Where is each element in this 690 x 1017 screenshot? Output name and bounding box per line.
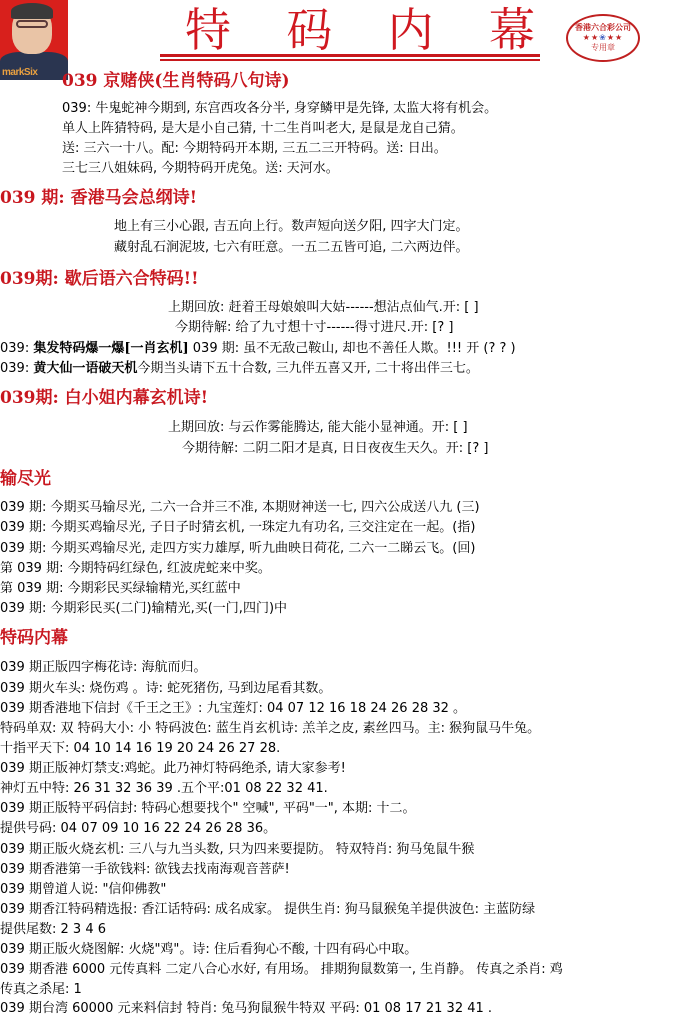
banner-char: 码 bbox=[286, 4, 332, 56]
this-period-riddle: 今期待解: 给了九寸想十寸------得寸进尺.开: [? ] bbox=[175, 318, 453, 337]
list-item: 神灯五中特: 26 31 32 36 39 .五个平:01 08 22 32 4… bbox=[0, 779, 328, 798]
row-bold-label: 集发特码爆一爆[一肖玄机] bbox=[33, 341, 188, 356]
poem-line: 藏射乱石涧泥坡, 七六有旺意。一五二五皆可追, 二六两边伴。 bbox=[114, 238, 469, 257]
stamp-stars: ★★❀★★ bbox=[568, 33, 638, 42]
this-period-riddle: 今期待解: 二阴二阳才是真, 日日夜夜生天久。开: [? ] bbox=[182, 439, 488, 458]
list-item: 039 期香港地下信封《千王之王》: 九宝莲灯: 04 07 12 16 18 … bbox=[0, 699, 466, 718]
list-item: 039 期正版四字梅花诗: 海航而归。 bbox=[0, 658, 206, 677]
row-text: 039 期: 虽不无敌己鞍山, 却也不善任人欺。!!! 开 (? ? ) bbox=[189, 341, 516, 356]
list-item: 提供尾数: 2 3 4 6 bbox=[0, 920, 106, 939]
company-stamp: 香港六合彩公司 ★★❀★★ 专用章 bbox=[566, 14, 640, 62]
row-prefix: 039: bbox=[0, 341, 33, 356]
avatar-photo: markSix bbox=[0, 0, 68, 80]
list-item: 039 期香江特码精选报: 香江话特码: 成名成家。 提供生肖: 狗马鼠猴兔羊提… bbox=[0, 900, 535, 919]
list-item: 039 期正版神灯禁支:鸡蛇。此乃神灯特码绝杀, 请大家参考! bbox=[0, 759, 346, 778]
stamp-bottom-text: 专用章 bbox=[568, 42, 638, 53]
list-item: 039 期香港 6000 元传真料 二定八合心水好, 有用场。 排期狗鼠数第一,… bbox=[0, 960, 563, 979]
list-item: 039 期: 今期买鸡输尽光, 走四方实力雄厚, 听九曲映日荷花, 二六一二睇云… bbox=[0, 539, 475, 558]
star-icon: ★ bbox=[583, 33, 591, 42]
photo-brand-label: markSix bbox=[2, 67, 37, 78]
row-text: 今期当头请下五十合数, 三九伴五喜又开, 二十将出伴三七。 bbox=[137, 361, 479, 376]
list-item: 039 期曾道人说: "信仰佛教" bbox=[0, 880, 166, 899]
list-item: 十指平天下: 04 10 14 16 19 20 24 26 27 28. bbox=[0, 739, 280, 758]
section-title-temaneimu: 特码内幕 bbox=[0, 627, 68, 649]
section-title-jingduxia: 039 京赌侠(生肖特码八句诗) bbox=[62, 70, 290, 92]
last-period-result: 上期回放: 与云作雾能腾达, 能大能小显神通。开: [ ] bbox=[168, 418, 468, 437]
section-title-zonggang: 039 期: 香港马会总纲诗! bbox=[0, 187, 197, 209]
list-item: 第 039 期: 今期彩民买绿输精光,买红蓝中 bbox=[0, 579, 241, 598]
section-title-baixiaojie: 039期: 白小姐内幕玄机诗! bbox=[0, 387, 208, 409]
flower-icon: ❀ bbox=[599, 33, 607, 42]
poem-line: 039: 牛鬼蛇神今期到, 东宫西攻各分半, 身穿鳞甲是先锋, 太监大将有机会。 bbox=[62, 99, 497, 118]
list-item: 提供号码: 04 07 09 10 16 22 24 26 28 36。 bbox=[0, 819, 276, 838]
list-item: 039 期正版火烧图解: 火烧"鸡"。诗: 住后看狗心不酸, 十四有码心中取。 bbox=[0, 940, 417, 959]
star-icon: ★ bbox=[591, 33, 599, 42]
list-item: 039 期台湾 60000 元来料信封 特肖: 兔马狗鼠猴牛特双 平码: 01 … bbox=[0, 999, 492, 1017]
list-item: 第 039 期: 今期特码红绿色, 红波虎蛇来中奖。 bbox=[0, 559, 271, 578]
poem-line: 地上有三小心跟, 吉五向上行。数声短向送夕阳, 四字大门定。 bbox=[114, 217, 469, 236]
photo-hair bbox=[11, 3, 53, 19]
jifa-row: 039: 集发特码爆一爆[一肖玄机] 039 期: 虽不无敌己鞍山, 却也不善任… bbox=[0, 339, 516, 358]
list-item: 039 期正版特平码信封: 特码心想要找个" 空喊", 平码"一", 本期: 十… bbox=[0, 799, 416, 818]
section-title-shujinguang: 输尽光 bbox=[0, 468, 51, 490]
banner-underline bbox=[160, 59, 540, 61]
banner-char: 特 bbox=[185, 4, 231, 56]
list-item: 特码单双: 双 特码大小: 小 特码波色: 蓝生肖玄机诗: 羔羊之皮, 素丝四马… bbox=[0, 719, 540, 738]
list-item: 039 期正版火烧玄机: 三八与九当头数, 只为四来要提防。 特双特肖: 狗马兔… bbox=[0, 840, 474, 859]
huangdaxian-row: 039: 黄大仙一语破天机今期当头请下五十合数, 三九伴五喜又开, 二十将出伴三… bbox=[0, 359, 479, 378]
row-bold-label: 黄大仙一语破天机 bbox=[33, 361, 137, 376]
row-prefix: 039: bbox=[0, 361, 33, 376]
banner-underline bbox=[160, 54, 540, 57]
star-icon: ★ bbox=[615, 33, 623, 42]
list-item: 039 期香港第一手欲钱料: 欲钱去找南海观音菩萨! bbox=[0, 860, 290, 879]
star-icon: ★ bbox=[607, 33, 615, 42]
poem-line: 送: 三六一十八。配: 今期特码开本期, 三五二三开特码。送: 日出。 bbox=[62, 139, 447, 158]
photo-glasses bbox=[16, 20, 48, 28]
list-item: 039 期: 今期彩民买(二门)输精光,买(一门,四门)中 bbox=[0, 599, 287, 618]
list-item: 039 期: 今期买鸡输尽光, 子日子时猜玄机, 一珠定九有功名, 三交注定在一… bbox=[0, 518, 475, 537]
section-title-xiehouyu: 039期: 歇后语六合特码!! bbox=[0, 268, 199, 290]
list-item: 039 期: 今期买马输尽光, 二六一合并三不准, 本期财神送一七, 四六公成送… bbox=[0, 498, 480, 517]
poem-line: 单人上阵猜特码, 是大是小自己猜, 十二生肖叫老大, 是鼠是龙自己猜。 bbox=[62, 119, 464, 138]
list-item: 传真之杀尾: 1 bbox=[0, 980, 82, 999]
last-period-result: 上期回放: 赶着王母娘娘叫大姑------想沾点仙气.开: [ ] bbox=[168, 298, 479, 317]
list-item: 039 期火车头: 烧伤鸡 。诗: 蛇死猪伤, 马到边尾看其数。 bbox=[0, 679, 331, 698]
banner-title: 特 码 内 幕 bbox=[185, 4, 535, 56]
banner-char: 幕 bbox=[489, 4, 535, 56]
banner-char: 内 bbox=[388, 4, 434, 56]
stamp-top-text: 香港六合彩公司 bbox=[568, 22, 638, 33]
poem-line: 三七三八姐妹码, 今期特码开虎兔。送: 天河水。 bbox=[62, 159, 339, 178]
